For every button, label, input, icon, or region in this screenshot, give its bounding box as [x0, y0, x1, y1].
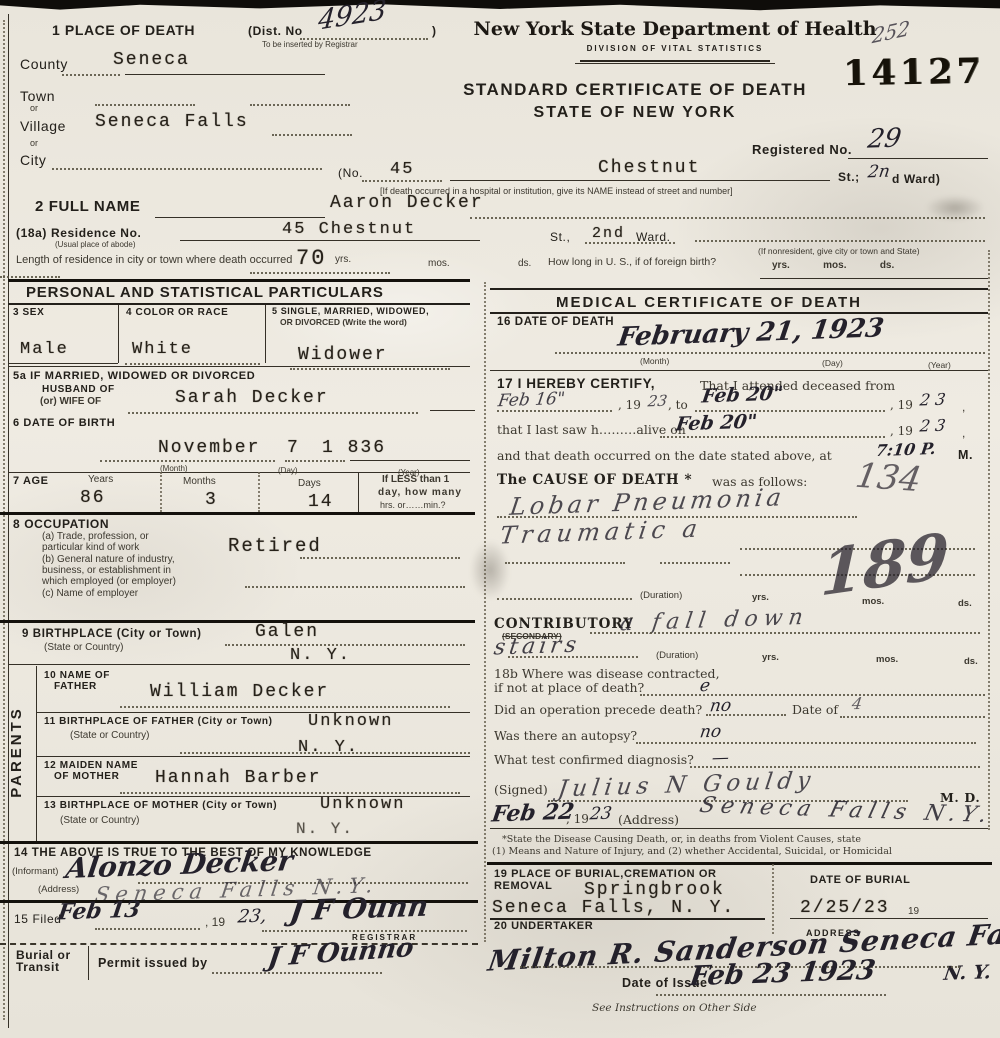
divider — [125, 363, 260, 365]
divider — [0, 841, 478, 844]
age-label: 7 AGE — [13, 475, 49, 487]
divider — [636, 742, 976, 744]
informant-address-tag: (Address) — [38, 884, 79, 895]
divider — [790, 918, 988, 919]
race-value: White — [132, 340, 193, 359]
divider — [265, 305, 266, 363]
divider — [0, 620, 475, 623]
ward-handwritten: 2n — [867, 162, 892, 183]
divider — [95, 104, 195, 106]
divider — [430, 410, 475, 411]
dob-label: 6 DATE OF BIRTH — [13, 417, 115, 429]
birthplace-value: Galen — [255, 622, 319, 642]
divider — [128, 412, 418, 414]
divider — [490, 828, 988, 829]
dob-day-value: 7 — [287, 438, 300, 458]
certificate-title: STANDARD CERTIFICATE OF DEATH — [445, 80, 825, 100]
divider — [250, 104, 350, 106]
signed-label: (Signed) — [494, 782, 548, 797]
divider — [300, 557, 460, 559]
divider — [118, 305, 119, 363]
occupation-a-label-2: particular kind of work — [42, 542, 139, 553]
operation-label: Did an operation precede death? — [494, 702, 702, 717]
duration-2-label: (Duration) — [656, 650, 698, 661]
instructions-note: See Instructions on Other Side — [592, 1002, 757, 1014]
divider — [656, 994, 886, 996]
signed-date-handwritten: Feb 22 — [490, 798, 576, 827]
burial-19-label: 19 — [908, 906, 919, 917]
birthplace-state-value: N. Y. — [290, 646, 351, 665]
divider — [772, 864, 774, 934]
abode-note: (Usual place of abode) — [55, 240, 136, 249]
age-days-value: 14 — [308, 492, 334, 512]
duration-yrs: yrs. — [752, 592, 769, 603]
y3: 2 3 — [919, 416, 947, 436]
length-years-value: 70 — [296, 246, 326, 271]
divider — [505, 562, 625, 564]
where-contracted-label-1: 18b Where was disease contracted, — [494, 666, 720, 681]
divider — [125, 74, 325, 75]
cause-label-bold: The CAUSE OF DEATH * — [497, 472, 692, 488]
nonresident-note: (If nonresident, give city or town and S… — [758, 246, 920, 256]
divider — [497, 598, 632, 600]
divider — [52, 168, 322, 170]
age-years-header: Years — [88, 474, 113, 485]
county-label: County — [20, 56, 68, 72]
marital-value: Widower — [298, 345, 388, 365]
operation-date-label: Date of — [792, 702, 838, 717]
occupation-label: 8 OCCUPATION — [13, 517, 109, 531]
duration-2-yrs: yrs. — [762, 652, 779, 663]
death-certificate-document: 1 PLACE OF DEATH (Dist. No 4923 ) To be … — [0, 0, 1000, 1038]
torn-edge-decoration — [0, 0, 1000, 12]
divider — [250, 272, 390, 274]
residence-label: (18a) Residence No. — [16, 226, 141, 240]
divider — [760, 278, 988, 279]
dist-no-label: (Dist. No — [248, 24, 303, 38]
divider — [8, 664, 470, 665]
divider — [690, 766, 980, 768]
date-of-burial-value: 2/25/23 — [800, 898, 890, 918]
or-label: or — [30, 138, 38, 148]
father-name-label-2: FATHER — [54, 681, 97, 692]
age-less-label-3: hrs. or……min.? — [380, 500, 446, 510]
dod-year-unit: (Year) — [928, 360, 951, 370]
filed-date-handwritten: Feb 13 — [56, 896, 142, 925]
date-of-issue-handwritten: Feb 23 1923 — [688, 955, 878, 993]
sex-label: 3 SEX — [13, 307, 44, 318]
large-scrawl-number: 189 — [819, 518, 950, 610]
dist-no-handwritten: 4923 — [317, 0, 388, 37]
divider — [848, 158, 988, 159]
divider — [120, 706, 450, 708]
father-birthplace-value: Unknown — [308, 712, 393, 731]
mos-unit: mos. — [428, 258, 450, 269]
divider — [290, 368, 450, 370]
residence-st-label: St., — [550, 230, 570, 244]
mother-birthplace-label: 13 BIRTHPLACE OF MOTHER (City or Town) — [44, 800, 277, 811]
father-name-label-1: 10 NAME OF — [44, 670, 110, 681]
divider — [95, 928, 200, 930]
occupation-b-label-3: which employed (or employer) — [42, 576, 176, 587]
date-of-burial-label: DATE OF BURIAL — [810, 874, 910, 886]
occupation-b-label-2: business, or establishment in — [42, 565, 171, 576]
l19b: , 19 — [890, 398, 913, 412]
divider — [36, 666, 37, 844]
divider — [585, 242, 675, 244]
footnote-line-2: (1) Means and Nature of Injury, and (2) … — [492, 846, 892, 857]
permit-issued-label: Permit issued by — [98, 956, 208, 970]
father-birthplace-label: 11 BIRTHPLACE OF FATHER (City or Town) — [44, 716, 273, 727]
last-saw-label: that I last saw h………alive on — [497, 422, 686, 437]
burial-place-label-1: 19 PLACE OF BURIAL,CREMATION OR — [494, 868, 717, 880]
date-of-death-handwritten: February 21, 1923 — [616, 313, 886, 352]
permit-signature: J F Ounno — [266, 933, 415, 974]
divider — [8, 279, 470, 282]
duration-label: (Duration) — [640, 590, 682, 601]
city-label: City — [20, 152, 47, 168]
dob-day-unit: (Day) — [278, 466, 298, 475]
village-value: Seneca Falls — [95, 112, 249, 132]
divider — [450, 180, 830, 181]
burial-place-label-2: REMOVAL — [494, 880, 552, 892]
or-label: or — [30, 103, 38, 113]
filed-year-handwritten: 23, — [237, 905, 269, 927]
divider — [160, 472, 162, 512]
attended-from-date: Feb 16" — [497, 389, 566, 411]
divider — [470, 217, 985, 219]
residence-no-value: 45 Chestnut — [282, 220, 416, 239]
death-occurred-label: and that death occurred on the date stat… — [497, 448, 832, 463]
m-label: M. — [958, 448, 973, 462]
age-less-label-2: day, how many — [378, 487, 462, 498]
l19a: , 19 — [618, 398, 641, 412]
dist-no-close: ) — [432, 24, 437, 38]
divider — [62, 74, 120, 76]
medical-certificate-heading: MEDICAL CERTIFICATE OF DEATH — [556, 294, 862, 311]
us-length-label: How long in U. S., if of foreign birth? — [548, 256, 716, 268]
duration-ds: ds. — [958, 598, 972, 609]
divider — [706, 714, 786, 716]
spouse-husband-label: HUSBAND OF — [42, 384, 115, 395]
filed-19-label: , 19 — [205, 915, 225, 929]
town-label: Town — [20, 88, 55, 104]
ward-label: d Ward) — [892, 172, 940, 186]
dod-day-unit: (Day) — [822, 358, 843, 368]
divider — [180, 752, 470, 754]
dod-month-unit: (Month) — [640, 356, 669, 366]
divider — [8, 472, 470, 473]
undertaker-signature-2: N. Y. — [942, 961, 992, 985]
divider — [0, 276, 60, 278]
father-birthplace-state-value: N. Y. — [298, 738, 359, 757]
dob-month-value: November — [158, 438, 260, 458]
autopsy-answer: no — [699, 722, 723, 743]
undertaker-label: 20 UNDERTAKER — [494, 920, 593, 932]
divider — [988, 250, 990, 830]
registered-no-value: 29 — [866, 123, 903, 154]
division-subtitle: DIVISION OF VITAL STATISTICS — [455, 44, 895, 53]
divider — [88, 946, 89, 980]
divider — [212, 972, 382, 974]
parents-vertical-label: PARENTS — [8, 672, 28, 832]
county-value: Seneca — [113, 50, 190, 70]
divider — [272, 134, 352, 136]
divider — [258, 472, 260, 512]
registrar-signature: J F Ounn — [288, 889, 431, 927]
length-residence-label: Length of residence in city or town wher… — [16, 254, 292, 266]
full-name-label: 2 FULL NAME — [35, 198, 141, 215]
where-contracted-label-2: if not at place of death? — [494, 680, 644, 695]
spouse-value: Sarah Decker — [175, 388, 329, 408]
mother-birthplace-value: Unknown — [320, 795, 405, 814]
divider — [36, 756, 470, 757]
st-label: St.; — [838, 170, 860, 184]
birthplace-state-label: (State or Country) — [44, 642, 123, 653]
occupation-a-label-1: (a) Trade, profession, or — [42, 531, 149, 542]
operation-date-answer: 4 — [851, 694, 864, 713]
birthplace-label: 9 BIRTHPLACE (City or Town) — [22, 628, 202, 640]
certificate-number-stamp: 14127 — [843, 51, 985, 94]
street-no-label: (No. — [338, 166, 363, 180]
date-of-death-label: 16 DATE OF DEATH — [497, 316, 614, 328]
comma: , — [962, 400, 965, 414]
test-label: What test confirmed diagnosis? — [494, 752, 694, 767]
mother-birthplace-state-label: (State or Country) — [60, 815, 139, 826]
full-name-value: Aaron Decker — [330, 193, 484, 213]
divider — [245, 586, 465, 588]
mother-name-label-2: OF MOTHER — [54, 771, 119, 782]
ds-unit: ds. — [518, 258, 531, 269]
to-label: , to — [668, 398, 688, 412]
divider — [555, 352, 985, 354]
mother-name-label-1: 12 MAIDEN NAME — [44, 760, 138, 771]
yrs-unit: yrs. — [335, 254, 351, 265]
divider — [490, 288, 988, 290]
informant-tag: (Informant) — [12, 866, 58, 877]
age-months-header: Months — [183, 476, 216, 487]
divider — [36, 712, 470, 713]
spouse-wife-label: (or) WIFE OF — [40, 396, 101, 407]
divider — [358, 472, 359, 512]
marital-label-1: 5 SINGLE, MARRIED, WIDOWED, — [272, 306, 429, 316]
divider — [3, 20, 5, 1020]
spouse-label: 5a IF MARRIED, WIDOWED OR DIVORCED — [13, 370, 255, 382]
cause-margin-number: 134 — [853, 456, 925, 500]
divider — [490, 370, 988, 371]
father-name-value: William Decker — [150, 682, 329, 702]
burial-place-value-2: Seneca Falls, N. Y. — [492, 898, 735, 918]
dist-note: To be inserted by Registrar — [262, 40, 358, 49]
y2: 2 3 — [919, 390, 947, 410]
certify-label-bold: 17 I HEREBY CERTIFY, — [497, 376, 655, 391]
divider — [8, 303, 470, 305]
divider — [487, 862, 992, 865]
divider — [8, 14, 9, 1028]
duration-2-ds: ds. — [964, 656, 978, 667]
divider — [840, 716, 985, 718]
us-units: yrs. mos. ds. — [772, 260, 894, 271]
alive-on-date: Feb 20" — [674, 411, 758, 436]
divider — [484, 282, 486, 942]
department-title: New York State Department of Health — [455, 18, 895, 40]
divider — [120, 792, 460, 794]
divider — [580, 60, 770, 62]
divider — [660, 436, 885, 438]
personal-particulars-heading: PERSONAL AND STATISTICAL PARTICULARS — [26, 284, 384, 301]
state-title: STATE OF NEW YORK — [445, 104, 825, 122]
y1: 23 — [647, 392, 669, 411]
divider — [350, 460, 470, 461]
divider — [180, 240, 480, 241]
contributory-label: CONTRIBUTORY — [494, 616, 634, 632]
filed-label: 15 Filed — [14, 912, 62, 926]
divider — [590, 632, 980, 634]
age-months-value: 3 — [205, 490, 218, 510]
mother-name-value: Hannah Barber — [155, 768, 321, 788]
divider — [490, 312, 988, 314]
attended-to-date: Feb 20" — [700, 383, 784, 408]
divider — [362, 180, 442, 182]
occupation-c-label: (c) Name of employer — [42, 588, 138, 599]
divider — [640, 694, 985, 696]
divider — [508, 656, 638, 658]
divider — [100, 460, 275, 462]
sex-value: Male — [20, 340, 69, 359]
signed-year-handwritten: 23 — [589, 804, 613, 825]
burial-place-value-1: Springbrook — [584, 880, 725, 900]
occupation-value: Retired — [228, 535, 322, 557]
village-label: Village — [20, 118, 66, 134]
divider — [262, 930, 467, 932]
comma-2: , — [962, 426, 965, 440]
signed-19-label: , 19 — [566, 812, 589, 826]
residence-ward-value: 2nd — [592, 225, 625, 242]
registered-no-label: Registered No. — [752, 142, 852, 157]
race-label: 4 COLOR OR RACE — [126, 307, 228, 318]
dob-year-value: 1 836 — [322, 438, 386, 458]
cause-line-2-handwritten: Traumatic a — [498, 514, 704, 549]
age-less-label-1: If LESS than 1 — [382, 474, 449, 485]
marital-label-2: OR DIVORCED (Write the word) — [280, 317, 407, 327]
father-birthplace-state-label: (State or Country) — [70, 730, 149, 741]
l19c: , 19 — [890, 424, 913, 438]
divider — [660, 562, 730, 564]
divider — [0, 512, 475, 515]
divider — [155, 217, 325, 218]
place-of-death-label: 1 PLACE OF DEATH — [52, 22, 195, 38]
street-no-value: 45 — [390, 160, 414, 179]
transit-label: Transit — [16, 960, 60, 974]
autopsy-label: Was there an autopsy? — [494, 728, 637, 743]
divider — [497, 410, 612, 412]
duration-2-mos: mos. — [876, 654, 898, 665]
age-years-value: 86 — [80, 488, 106, 508]
divider — [8, 363, 118, 364]
age-days-header: Days — [298, 478, 321, 489]
divider — [285, 460, 345, 462]
footnote-line-1: *State the Disease Causing Death, or, in… — [502, 834, 861, 845]
divider — [575, 63, 775, 64]
divider — [8, 366, 470, 367]
occupation-b-label-1: (b) General nature of industry, — [42, 554, 175, 565]
mother-birthplace-state-value: N. Y. — [296, 820, 354, 838]
signed-address-label: (Address) — [618, 812, 679, 827]
divider — [695, 240, 985, 242]
street-value: Chestnut — [598, 158, 700, 178]
